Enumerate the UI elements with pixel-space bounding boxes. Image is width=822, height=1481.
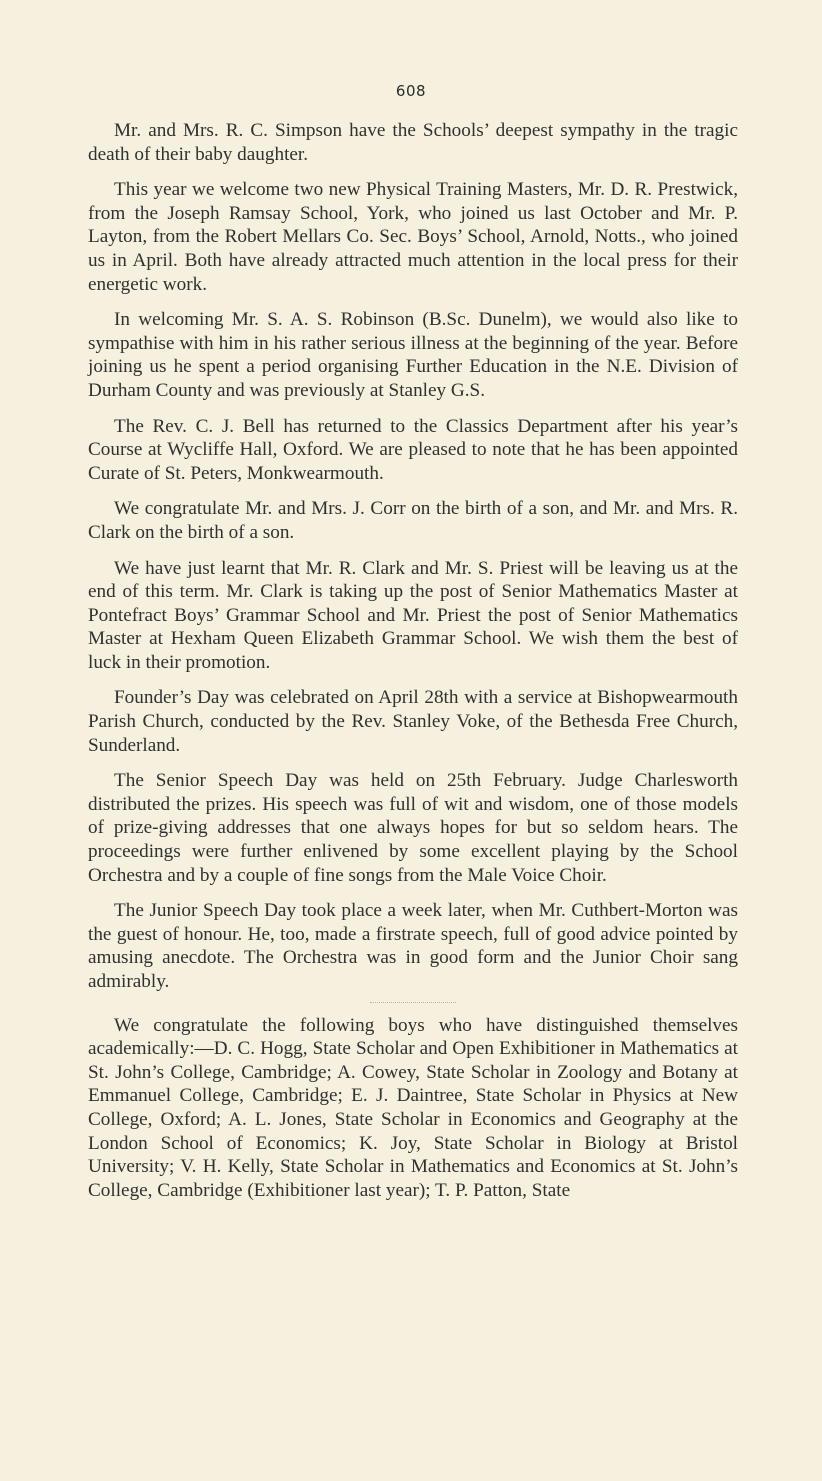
page-number: 608: [0, 82, 822, 100]
paragraph-simpson-sympathy: Mr. and Mrs. R. C. Simpson have the Scho…: [88, 119, 738, 166]
paragraph-robinson-welcome: In welcoming Mr. S. A. S. Robinson (B.Sc…: [88, 308, 738, 402]
paragraph-junior-speech-day: The Junior Speech Day took place a week …: [88, 899, 738, 993]
paragraph-rev-bell: The Rev. C. J. Bell has returned to the …: [88, 415, 738, 486]
section-divider: [370, 1002, 456, 1004]
paragraph-new-pt-masters: This year we welcome two new Physical Tr…: [88, 178, 738, 296]
paragraph-senior-speech-day: The Senior Speech Day was held on 25th F…: [88, 769, 738, 887]
paragraph-academic-honours: We congratulate the following boys who h…: [88, 1014, 738, 1203]
page-body: Mr. and Mrs. R. C. Simpson have the Scho…: [88, 119, 738, 1214]
paragraph-staff-leaving: We have just learnt that Mr. R. Clark an…: [88, 557, 738, 675]
paragraph-founders-day: Founder’s Day was celebrated on April 28…: [88, 686, 738, 757]
document-page: 608 Mr. and Mrs. R. C. Simpson have the …: [0, 0, 822, 1481]
paragraph-births: We congratulate Mr. and Mrs. J. Corr on …: [88, 497, 738, 544]
